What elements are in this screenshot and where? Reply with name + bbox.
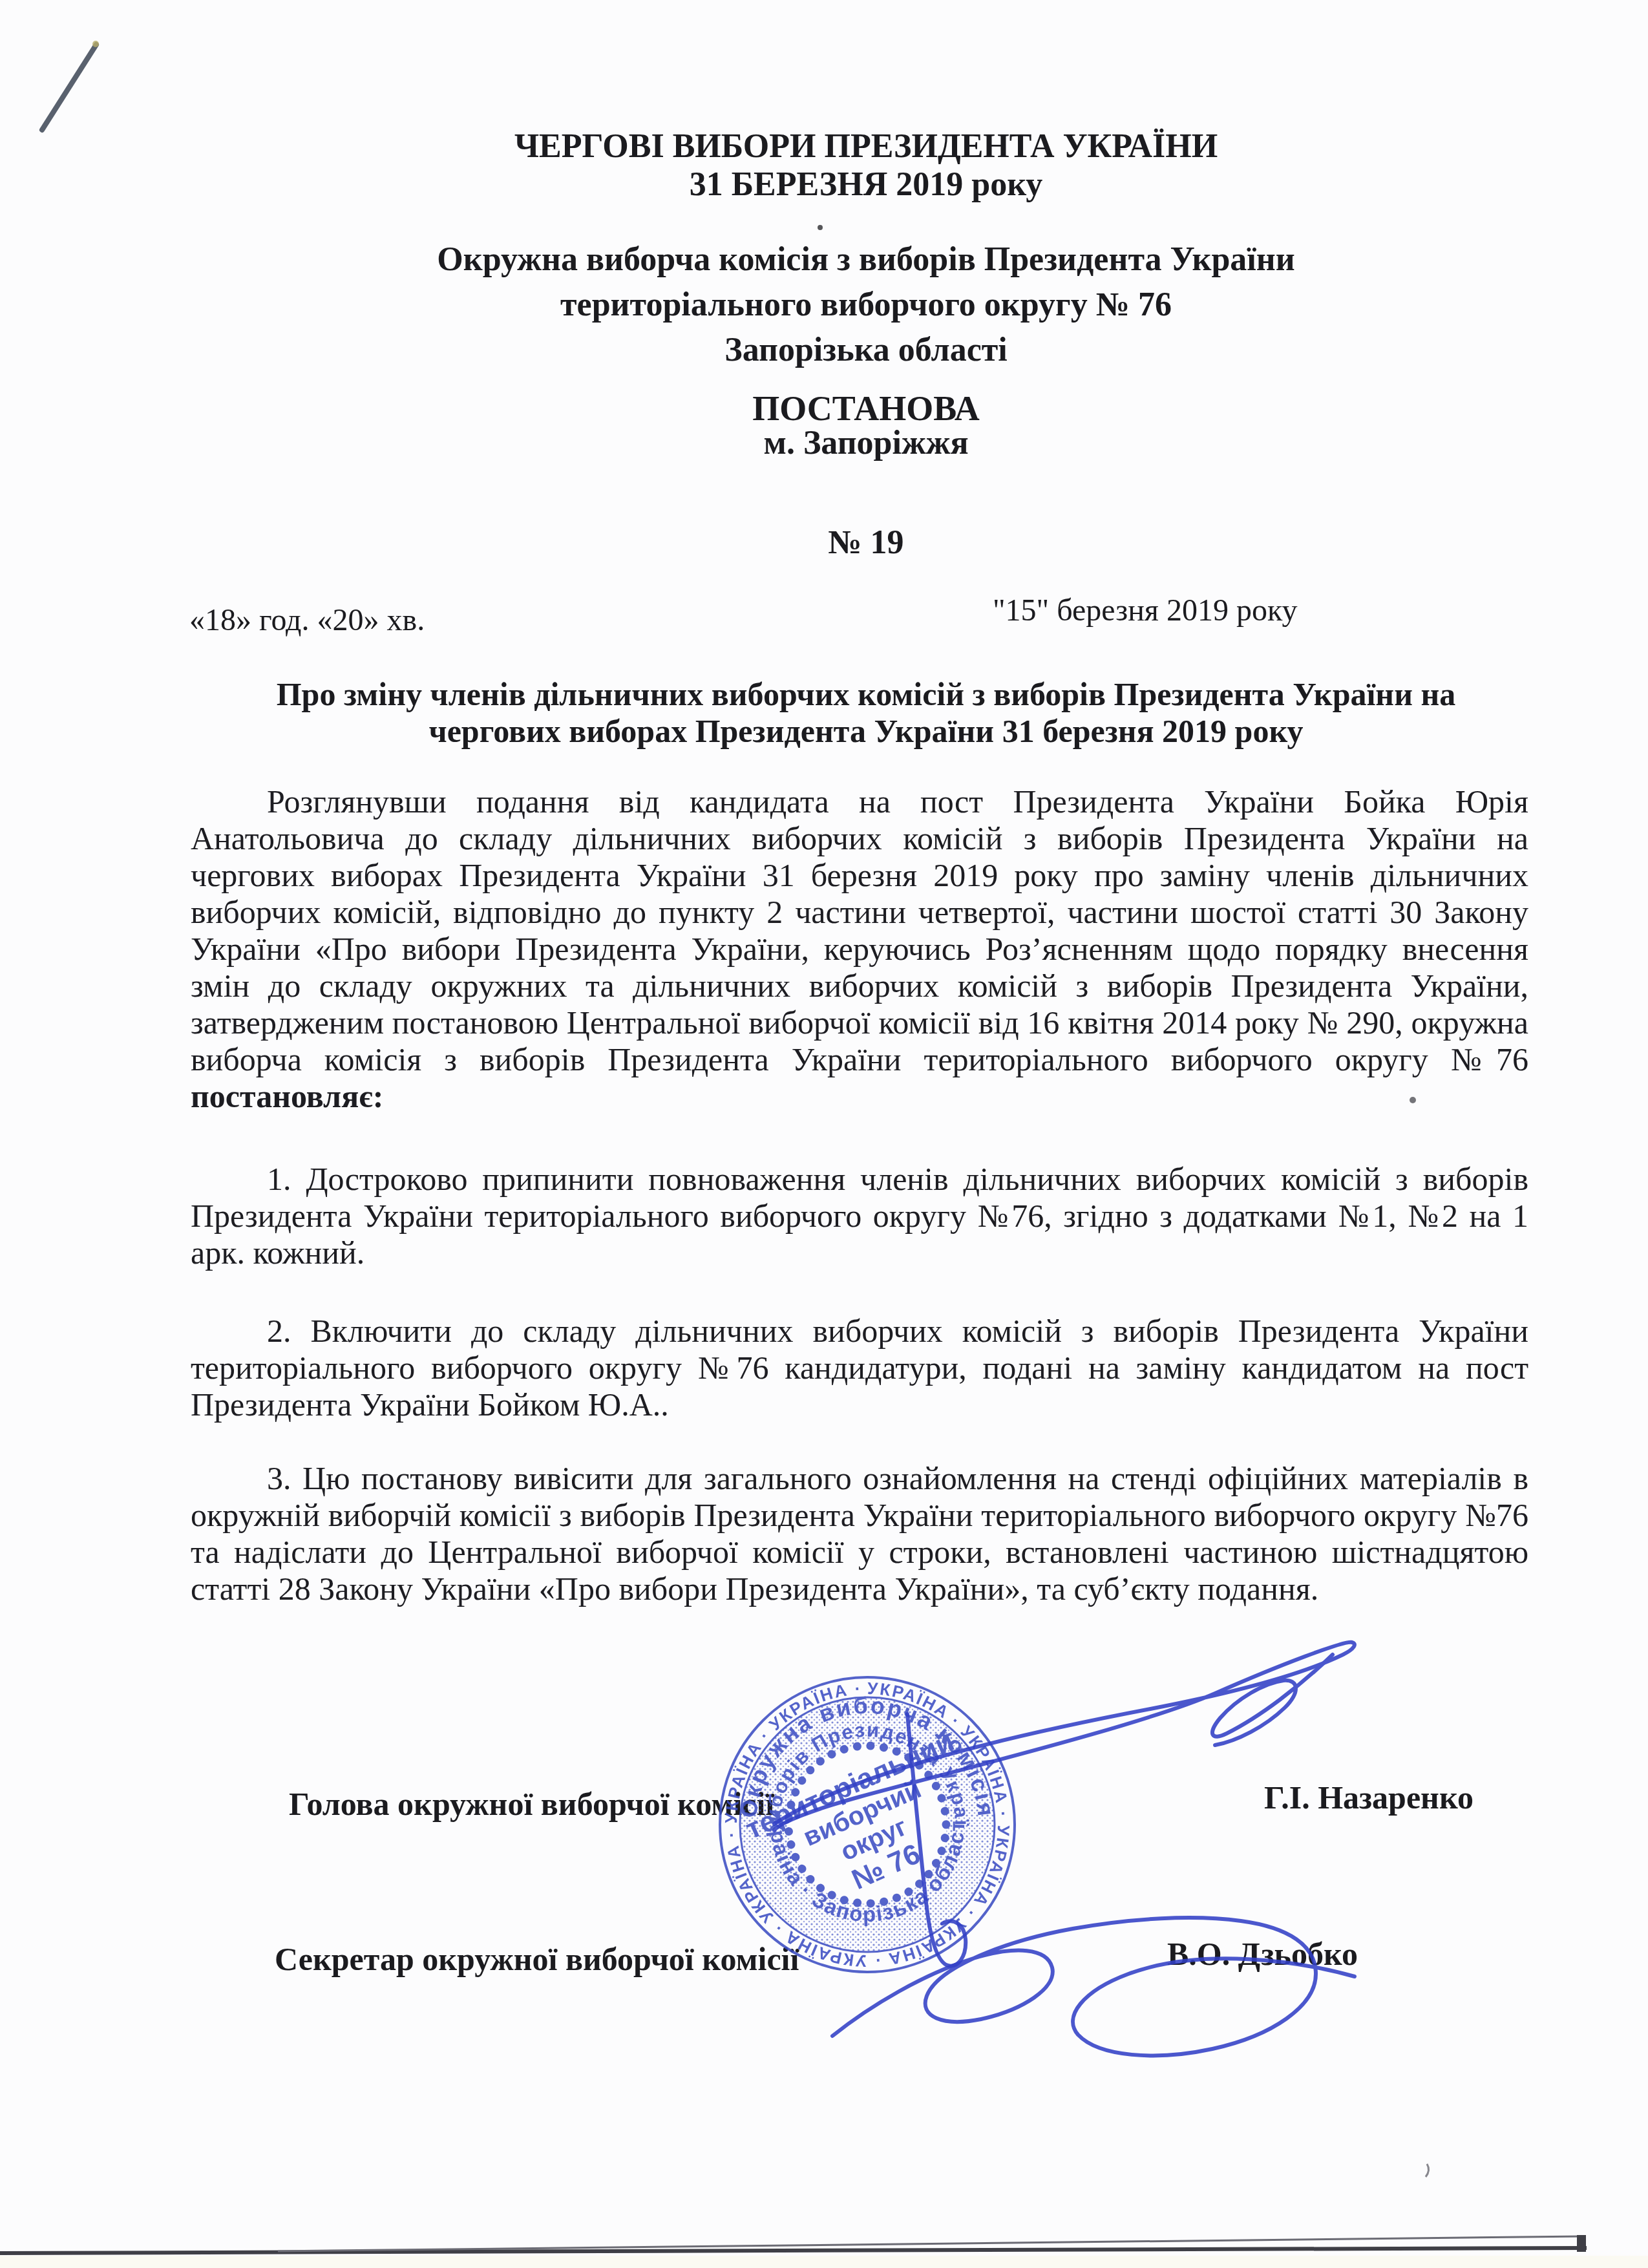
scan-edge-corner-mark bbox=[1577, 2235, 1586, 2252]
ink-overlay: УКРАЇНА · УКРАЇНА · УКРАЇНА · УКРАЇНА · … bbox=[0, 0, 1648, 2268]
scan-speck-2 bbox=[1410, 1097, 1416, 1103]
scan-speck-3 bbox=[1426, 2164, 1429, 2177]
round-stamp: УКРАЇНА · УКРАЇНА · УКРАЇНА · УКРАЇНА · … bbox=[720, 1677, 1015, 1972]
scanned-document-page: ЧЕРГОВІ ВИБОРИ ПРЕЗИДЕНТА УКРАЇНИ 31 БЕР… bbox=[0, 0, 1648, 2268]
scan-edge-line-1 bbox=[0, 2248, 1587, 2253]
scan-speck-1 bbox=[818, 225, 823, 230]
pen-slash-tip-speck bbox=[92, 41, 99, 47]
scan-bottom-strip bbox=[0, 2256, 1648, 2268]
pen-slash-mark bbox=[42, 45, 96, 130]
